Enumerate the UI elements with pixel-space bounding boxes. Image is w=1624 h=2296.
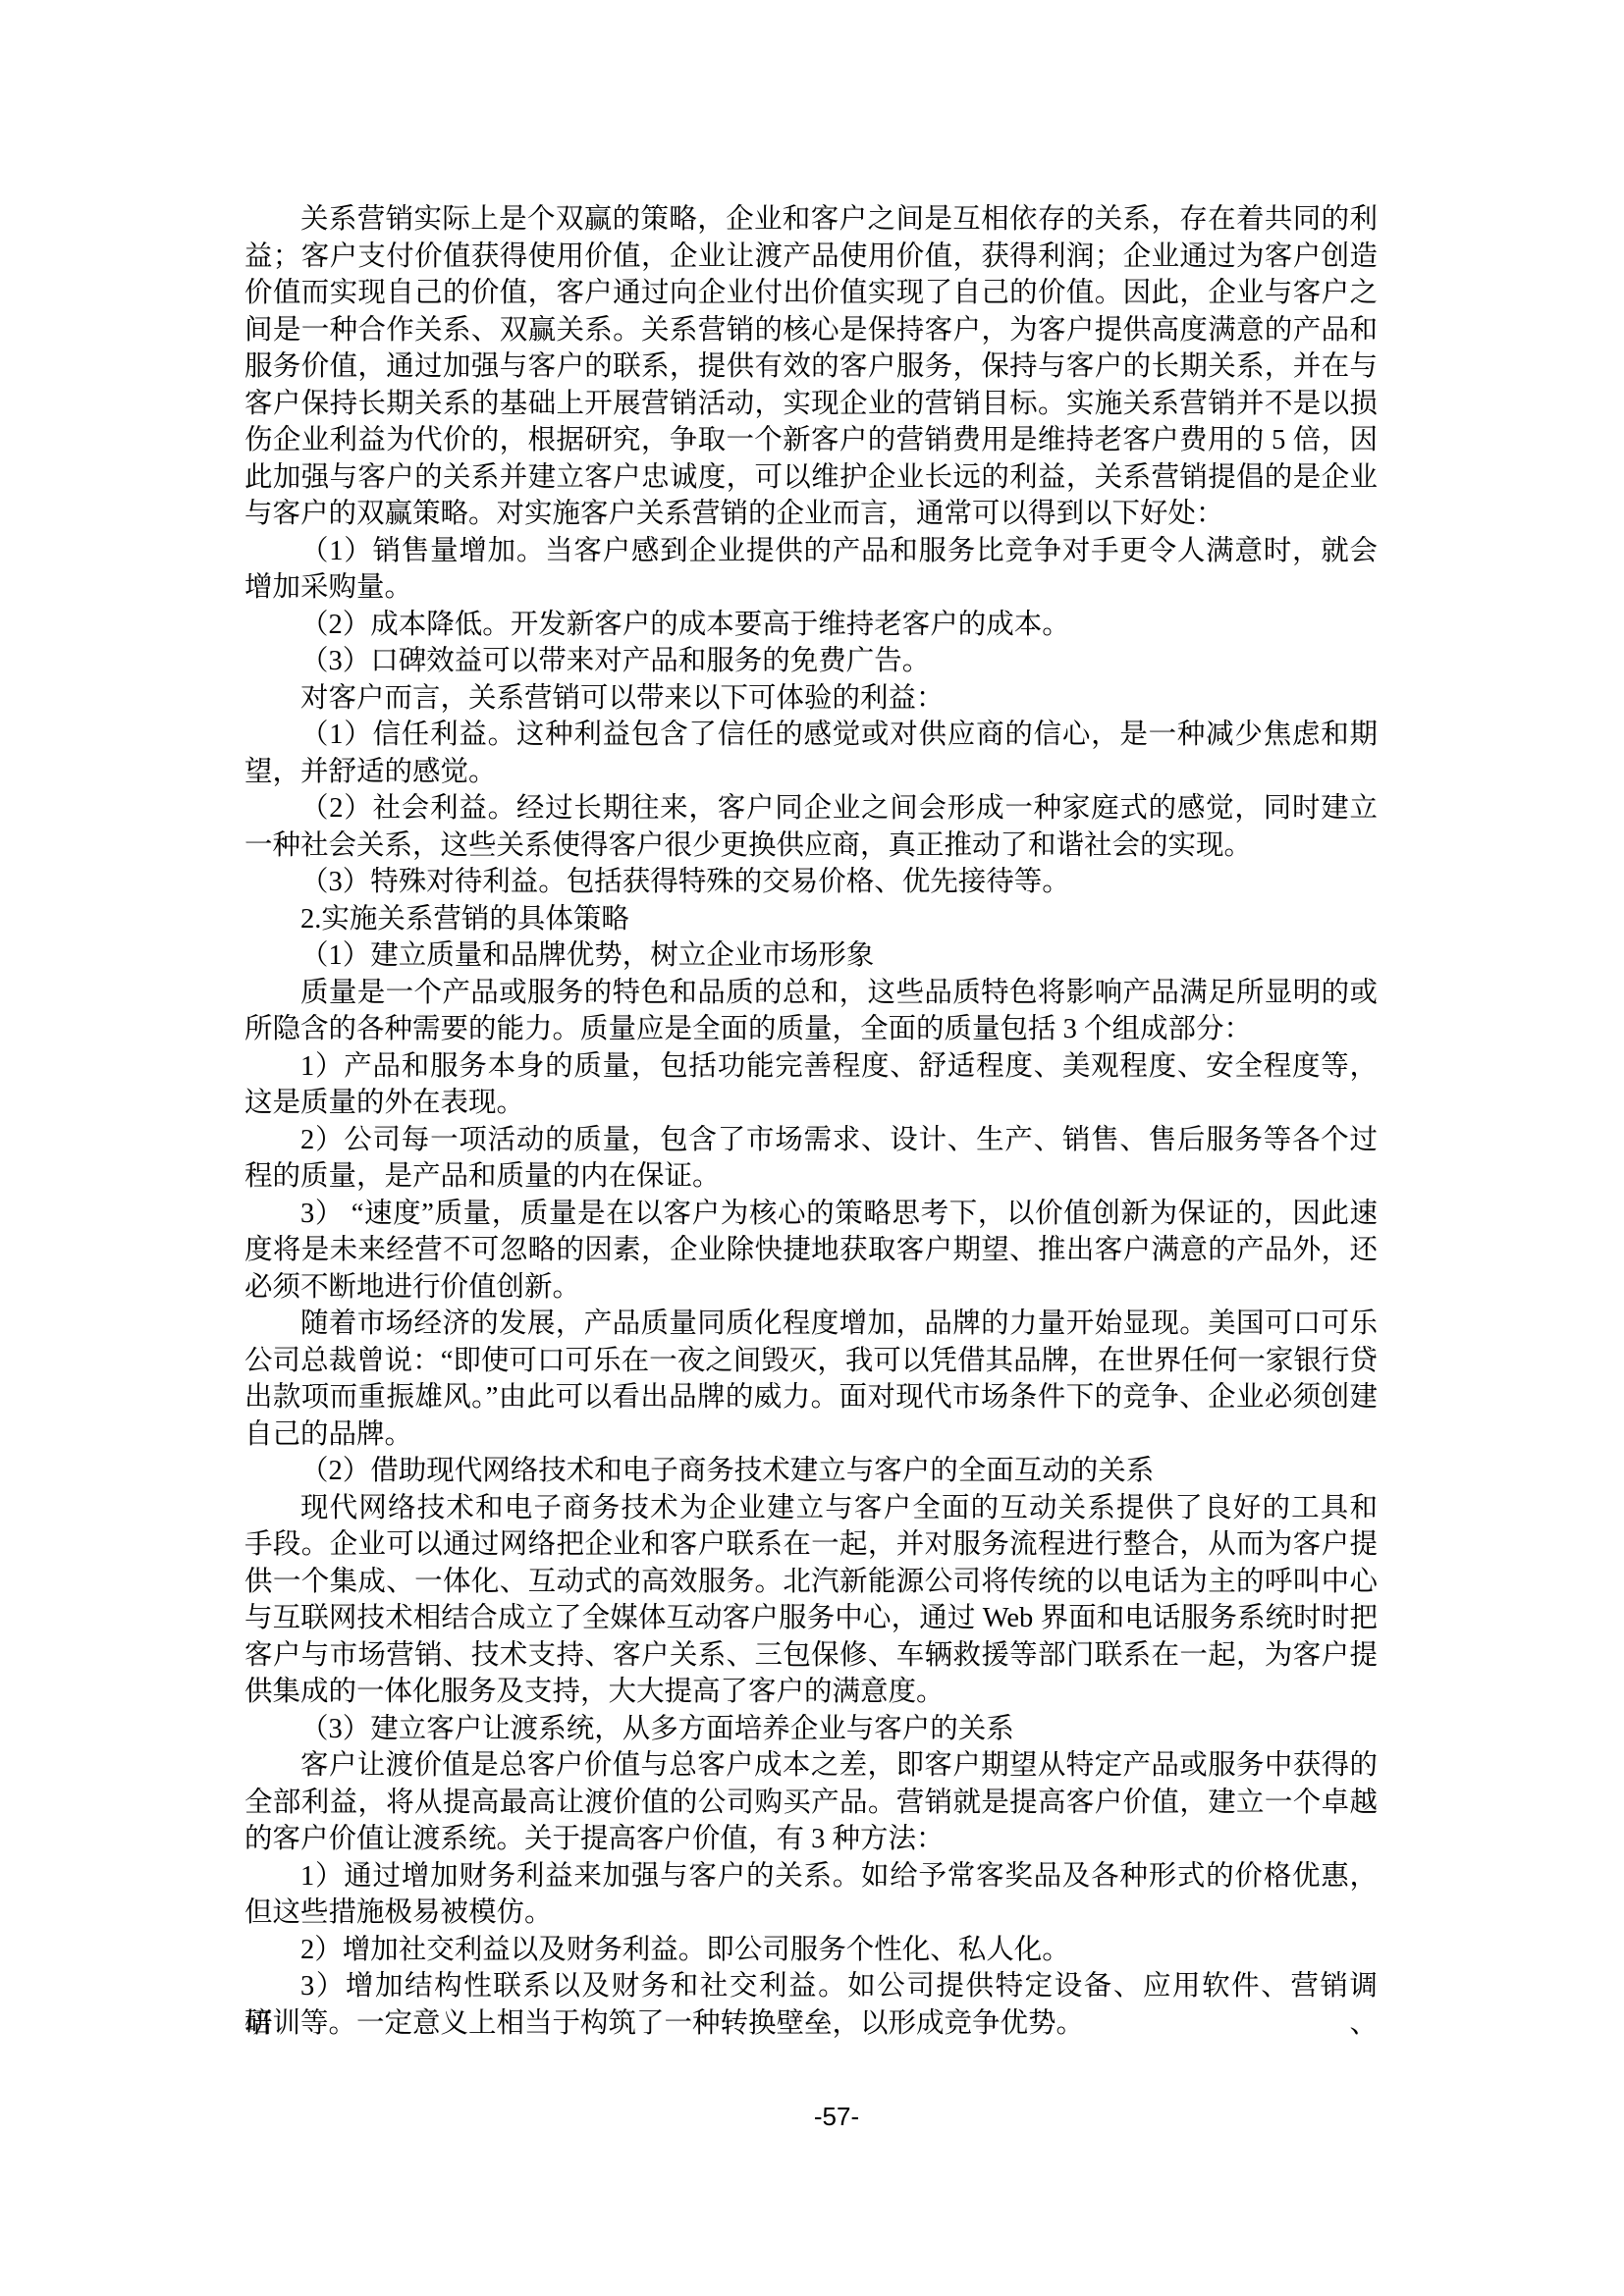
text-line: 2）公司每一项活动的质量，包含了市场需求、设计、生产、销售、售后服务等各个过 xyxy=(244,1122,1378,1159)
text-line: 的客户价值让渡系统。关于提高客户价值，有 3 种方法： xyxy=(244,1821,1378,1858)
text-line: 伤企业利益为代价的，根据研究，争取一个新客户的营销费用是维持老客户费用的 5 倍… xyxy=(244,422,1378,459)
text-line: 现代网络技术和电子商务技术为企业建立与客户全面的互动关系提供了良好的工具和 xyxy=(244,1490,1378,1527)
text-line: 但这些措施极易被模仿。 xyxy=(244,1895,1378,1932)
text-line: （3）建立客户让渡系统，从多方面培养企业与客户的关系 xyxy=(244,1711,1378,1748)
text-line: 全部利益，将从提高最高让渡价值的公司购买产品。营销就是提高客户价值，建立一个卓越 xyxy=(244,1785,1378,1822)
text-line: （3）特殊对待利益。包括获得特殊的交易价格、优先接待等。 xyxy=(244,864,1378,901)
text-line: 关系营销实际上是个双赢的策略，企业和客户之间是互相依存的关系，存在着共同的利 xyxy=(244,201,1378,239)
text-line: 必须不断地进行价值创新。 xyxy=(244,1269,1378,1307)
text-line: 此加强与客户的关系并建立客户忠诚度，可以维护企业长远的利益，关系营销提倡的是企业 xyxy=(244,459,1378,497)
text-line: 公司总裁曾说：“即使可口可乐在一夜之间毁灭，我可以凭借其品牌，在世界任何一家银行… xyxy=(244,1343,1378,1380)
text-line: 3） “速度”质量，质量是在以客户为核心的策略思考下，以价值创新为保证的，因此速 xyxy=(244,1196,1378,1233)
text-line: 间是一种合作关系、双赢关系。关系营销的核心是保持客户，为客户提供高度满意的产品和 xyxy=(244,312,1378,349)
text-line: 2）增加社交利益以及财务利益。即公司服务个性化、私人化。 xyxy=(244,1932,1378,1969)
text-line: 1）通过增加财务利益来加强与客户的关系。如给予常客奖品及各种形式的价格优惠， xyxy=(244,1858,1378,1896)
text-line: 手段。企业可以通过网络把企业和客户联系在一起，并对服务流程进行整合，从而为客户提 xyxy=(244,1526,1378,1564)
text-line: 一种社会关系，这些关系使得客户很少更换供应商，真正推动了和谐社会的实现。 xyxy=(244,828,1378,865)
text-line: （3）口碑效益可以带来对产品和服务的免费广告。 xyxy=(244,643,1378,680)
text-line: 随着市场经济的发展，产品质量同质化程度增加，品牌的力量开始显现。美国可口可乐 xyxy=(244,1306,1378,1343)
document-body: 关系营销实际上是个双赢的策略，企业和客户之间是互相依存的关系，存在着共同的利益；… xyxy=(244,201,1378,2042)
text-line: 服务价值，通过加强与客户的联系，提供有效的客户服务，保持与客户的长期关系，并在与 xyxy=(244,348,1378,386)
text-line: 自己的品牌。 xyxy=(244,1416,1378,1454)
text-line: 价值而实现自己的价值，客户通过向企业付出价值实现了自己的价值。因此，企业与客户之 xyxy=(244,275,1378,312)
text-line: 所隐含的各种需要的能力。质量应是全面的质量，全面的质量包括 3 个组成部分： xyxy=(244,1011,1378,1048)
text-line: 供集成的一体化服务及支持，大大提高了客户的满意度。 xyxy=(244,1674,1378,1711)
text-line: 增加采购量。 xyxy=(244,569,1378,607)
text-line: 程的质量，是产品和质量的内在保证。 xyxy=(244,1158,1378,1196)
page-number: -57- xyxy=(814,2102,859,2132)
text-line: 度将是未来经营不可忽略的因素，企业除快捷地获取客户期望、推出客户满意的产品外，还 xyxy=(244,1232,1378,1269)
text-line: 这是质量的外在表现。 xyxy=(244,1085,1378,1122)
text-line: 望，并舒适的感觉。 xyxy=(244,754,1378,791)
text-line: 3）增加结构性联系以及财务和社交利益。如公司提供特定设备、应用软件、营销调研、 xyxy=(244,1968,1378,2005)
text-line: （2）借助现代网络技术和电子商务技术建立与客户的全面互动的关系 xyxy=(244,1453,1378,1490)
text-line: 出款项而重振雄风。”由此可以看出品牌的威力。面对现代市场条件下的竞争、企业必须创… xyxy=(244,1379,1378,1416)
text-line: 1）产品和服务本身的质量，包括功能完善程度、舒适程度、美观程度、安全程度等， xyxy=(244,1048,1378,1086)
text-line: 与互联网技术相结合成立了全媒体互动客户服务中心，通过 Web 界面和电话服务系统… xyxy=(244,1600,1378,1637)
text-line: 益；客户支付价值获得使用价值，企业让渡产品使用价值，获得利润；企业通过为客户创造 xyxy=(244,239,1378,276)
document-page: 关系营销实际上是个双赢的策略，企业和客户之间是互相依存的关系，存在着共同的利益；… xyxy=(0,0,1624,2296)
text-line: 客户让渡价值是总客户价值与总客户成本之差，即客户期望从特定产品或服务中获得的 xyxy=(244,1747,1378,1785)
text-line: （1）信任利益。这种利益包含了信任的感觉或对供应商的信心，是一种减少焦虑和期 xyxy=(244,717,1378,754)
text-line: 客户保持长期关系的基础上开展营销活动，实现企业的营销目标。实施关系营销并不是以损 xyxy=(244,386,1378,423)
text-line: 2.实施关系营销的具体策略 xyxy=(244,901,1378,938)
text-line: 客户与市场营销、技术支持、客户关系、三包保修、车辆救援等部门联系在一起，为客户提 xyxy=(244,1637,1378,1675)
text-line: （2）成本降低。开发新客户的成本要高于维持老客户的成本。 xyxy=(244,607,1378,644)
text-line: 供一个集成、一体化、互动式的高效服务。北汽新能源公司将传统的以电话为主的呼叫中心 xyxy=(244,1564,1378,1601)
text-line: 对客户而言，关系营销可以带来以下可体验的利益： xyxy=(244,680,1378,718)
text-line: 与客户的双赢策略。对实施客户关系营销的企业而言，通常可以得到以下好处： xyxy=(244,496,1378,533)
text-line: （1）建立质量和品牌优势，树立企业市场形象 xyxy=(244,937,1378,975)
text-line: 质量是一个产品或服务的特色和品质的总和，这些品质特色将影响产品满足所显明的或 xyxy=(244,975,1378,1012)
text-line: （1）销售量增加。当客户感到企业提供的产品和服务比竞争对手更令人满意时，就会 xyxy=(244,533,1378,570)
text-line: （2）社会利益。经过长期往来，客户同企业之间会形成一种家庭式的感觉，同时建立 xyxy=(244,790,1378,828)
